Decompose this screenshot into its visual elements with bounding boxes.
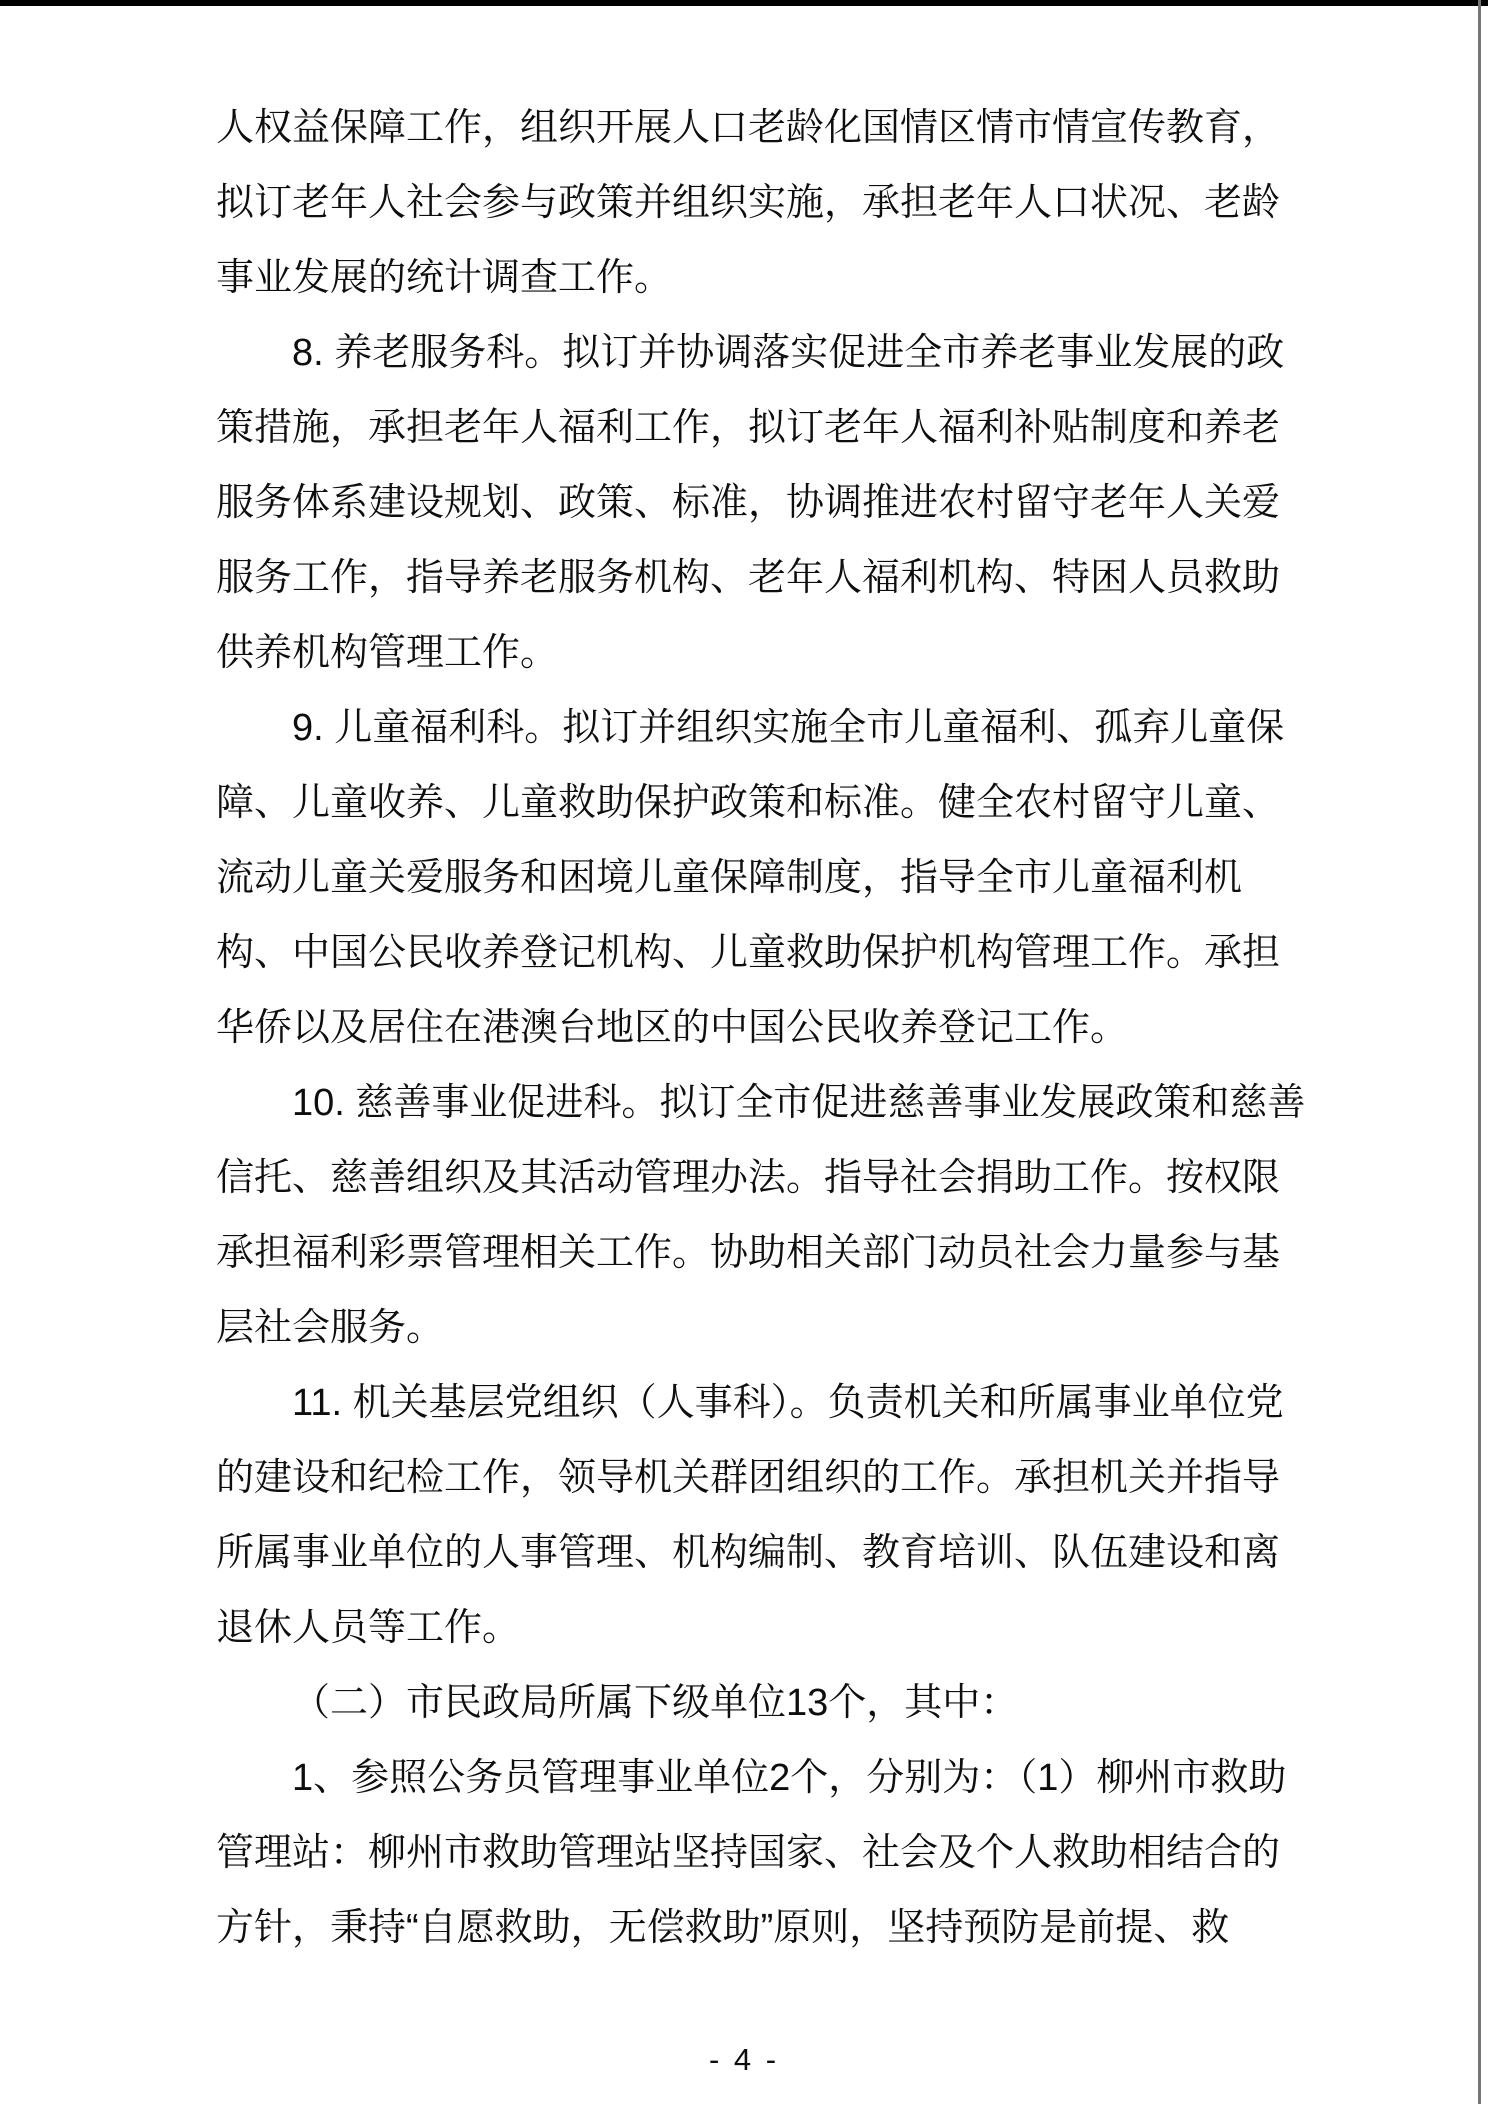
body-text-line: 供养机构管理工作。 — [216, 616, 1292, 691]
scan-edge-top-bar — [0, 0, 1488, 6]
body-text-line: 华侨以及居住在港澳台地区的中国公民收养登记工作。 — [216, 991, 1292, 1066]
body-text-line: （二）市民政局所属下级单位13个，其中： — [216, 1666, 1292, 1741]
body-text-line: 策措施，承担老年人福利工作，拟订老年人福利补贴制度和养老 — [216, 391, 1292, 466]
body-text-line: 服务工作，指导养老服务机构、老年人福利机构、特困人员救助 — [216, 541, 1292, 616]
body-text-line: 9. 儿童福利科。拟订并组织实施全市儿童福利、孤弃儿童保 — [216, 691, 1292, 766]
body-text-line: 层社会服务。 — [216, 1291, 1292, 1366]
body-text-line: 10. 慈善事业促进科。拟订全市促进慈善事业发展政策和慈善 — [216, 1066, 1292, 1141]
body-text-line: 11. 机关基层党组织（人事科）。负责机关和所属事业单位党 — [216, 1366, 1292, 1441]
body-text-line: 信托、慈善组织及其活动管理办法。指导社会捐助工作。按权限 — [216, 1141, 1292, 1216]
page-number: - 4 - — [0, 2040, 1488, 2080]
body-text-line: 退休人员等工作。 — [216, 1591, 1292, 1666]
body-text-line: 服务体系建设规划、政策、标准，协调推进农村留守老年人关爱 — [216, 466, 1292, 541]
body-text-line: 事业发展的统计调查工作。 — [216, 241, 1292, 316]
body-text-line: 流动儿童关爱服务和困境儿童保障制度，指导全市儿童福利机 — [216, 841, 1292, 916]
body-text-line: 拟订老年人社会参与政策并组织实施，承担老年人口状况、老龄 — [216, 166, 1292, 241]
body-text-line: 构、中国公民收养登记机构、儿童救助保护机构管理工作。承担 — [216, 916, 1292, 991]
body-text-block: 人权益保障工作，组织开展人口老龄化国情区情市情宣传教育， 拟订老年人社会参与政策… — [216, 91, 1292, 1966]
body-text-line: 管理站：柳州市救助管理站坚持国家、社会及个人救助相结合的 — [216, 1816, 1292, 1891]
body-text-line: 方针，秉持“自愿救助，无偿救助”原则，坚持预防是前提、救 — [216, 1891, 1292, 1966]
body-text-line: 8. 养老服务科。拟订并协调落实促进全市养老事业发展的政 — [216, 316, 1292, 391]
scan-edge-right-line — [1478, 0, 1481, 2104]
body-text-line: 人权益保障工作，组织开展人口老龄化国情区情市情宣传教育， — [216, 91, 1292, 166]
document-page: 人权益保障工作，组织开展人口老龄化国情区情市情宣传教育， 拟订老年人社会参与政策… — [0, 0, 1488, 2104]
body-text-line: 障、儿童收养、儿童救助保护政策和标准。健全农村留守儿童、 — [216, 766, 1292, 841]
body-text-line: 所属事业单位的人事管理、机构编制、教育培训、队伍建设和离 — [216, 1516, 1292, 1591]
body-text-line: 1、参照公务员管理事业单位2个，分别为：（1）柳州市救助 — [216, 1741, 1292, 1816]
body-text-line: 承担福利彩票管理相关工作。协助相关部门动员社会力量参与基 — [216, 1216, 1292, 1291]
body-text-line: 的建设和纪检工作，领导机关群团组织的工作。承担机关并指导 — [216, 1441, 1292, 1516]
